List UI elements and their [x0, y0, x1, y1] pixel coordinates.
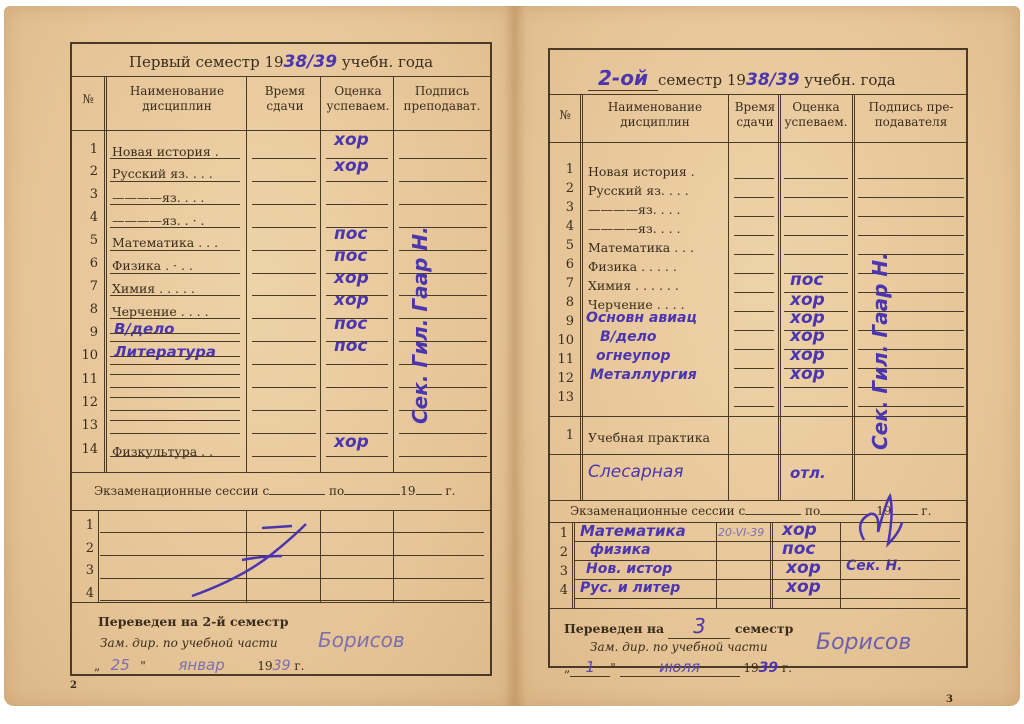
text-field: ————яз. . . . — [588, 221, 681, 236]
text-field: хор — [790, 290, 825, 310]
text-field: хор — [782, 520, 817, 540]
text-field: хор — [790, 345, 825, 365]
header-signature: Подпись преподават. — [394, 84, 490, 114]
text-field: семестр — [735, 621, 793, 636]
text-field: 1 — [552, 162, 574, 177]
text-field: 25 — [100, 656, 140, 675]
text-field: 1 — [552, 428, 574, 443]
text-field: 38/39 — [746, 70, 800, 90]
grade-value: хор — [334, 130, 369, 150]
text-field: огнеупор — [596, 348, 671, 364]
text-field: 10 — [76, 348, 98, 363]
text-field: хор — [786, 558, 821, 578]
text-field: 1 — [72, 518, 94, 533]
text-field: 8 — [76, 302, 98, 317]
grade-value: пос — [334, 336, 368, 356]
text-field: пос — [782, 539, 816, 559]
right-semester-title: 2-ойсеместр 1938/39 учебн. года — [588, 66, 966, 91]
text-field: 19 — [743, 661, 758, 675]
right-transfer-date: „1" июля 1939 г. — [564, 658, 792, 677]
text-field: Основн авиац — [586, 310, 697, 326]
text-field: г. — [294, 659, 304, 673]
exam-initials-scribble — [850, 492, 910, 552]
text-field: ————яз. . . . — [588, 202, 681, 217]
text-field: 12 — [76, 395, 98, 410]
left-transfer-date: „25" январ 1939 г. — [94, 656, 304, 675]
text-field: хор — [790, 364, 825, 384]
text-field: семестр 19 — [658, 71, 746, 89]
text-field: хор — [786, 577, 821, 597]
practice-grade: отл. — [790, 464, 826, 482]
text-field: Металлургия — [590, 367, 697, 383]
text-field: 7 — [552, 276, 574, 291]
right-grade-table: 2-ойсеместр 1938/39 учебн. года № Наимен… — [548, 48, 968, 668]
text-field: по — [805, 504, 820, 518]
subject-name-handwritten: В/дело — [114, 320, 175, 338]
grade-value: пос — [334, 314, 368, 334]
left-semester-title: Первый семестр 1938/39 учебн. года — [72, 52, 490, 72]
text-field: июля — [620, 658, 740, 677]
left-page: Первый семестр 1938/39 учебн. года № Наи… — [4, 6, 514, 706]
header-subject: Наименование дисциплин — [586, 100, 724, 130]
text-field: г. — [921, 504, 931, 518]
text-field: 2 — [546, 545, 568, 560]
subject-name: ————яз. . . . — [112, 190, 205, 205]
text-field: Экзаменационные сессии с — [94, 484, 269, 498]
text-field: 6 — [76, 256, 98, 271]
cross-out-stroke — [182, 518, 322, 602]
text-field: 2 — [72, 541, 94, 556]
text-field: 20-VI-39 — [718, 526, 764, 539]
header-time: Время сдачи — [250, 84, 320, 114]
book-gutter — [504, 6, 526, 706]
text-field: Экзаменационные сессии с — [570, 504, 745, 518]
left-exam-sessions-label: Экзаменационные сессии с по19 г. — [94, 484, 455, 498]
right-page: 2-ойсеместр 1938/39 учебн. года № Наимен… — [514, 6, 1020, 706]
right-deputy-label: Зам. дир. по учебной части — [590, 640, 768, 654]
text-field: 6 — [552, 257, 574, 272]
grade-value: хор — [334, 156, 369, 176]
text-field: Рус. и литер — [580, 580, 680, 596]
text-field: 9 — [76, 325, 98, 340]
text-field: 1 — [76, 142, 98, 157]
text-field: Математика . . . — [588, 240, 694, 255]
right-deputy-signature: Борисов — [816, 630, 911, 655]
text-field: 2 — [552, 181, 574, 196]
right-page-number: 3 — [946, 694, 953, 705]
text-field: учебн. года — [804, 71, 895, 89]
subject-name: Физкультура . . — [112, 444, 213, 459]
text-field: 10 — [552, 333, 574, 348]
subject-name: Черчение . . . . — [112, 304, 209, 319]
header-grade: Оценка успеваем. — [780, 100, 852, 130]
teacher-signature: Сек. Гил. Гаар Н. — [868, 252, 892, 450]
left-deputy-label: Зам. дир. по учебной части — [100, 636, 278, 650]
text-field: 11 — [76, 372, 98, 387]
text-field: 8 — [552, 295, 574, 310]
text-field: 3 — [668, 614, 730, 639]
text-field: 4 — [546, 583, 568, 598]
text-field: по — [329, 484, 344, 498]
grade-value: хор — [334, 268, 369, 288]
text-field: Физика . . . . . — [588, 259, 677, 274]
text-field: 11 — [552, 352, 574, 367]
left-transfer-label: Переведен на 2-й семестр — [98, 614, 288, 629]
text-field: 5 — [552, 238, 574, 253]
text-field: 39 — [759, 660, 778, 676]
header-time: Время сдачи — [730, 100, 780, 130]
left-semester-year: 38/39 — [284, 52, 338, 72]
text-field: г. — [445, 484, 455, 498]
text-field: 9 — [552, 314, 574, 329]
practice-entry: Слесарная — [588, 462, 684, 482]
text-field: январ — [150, 656, 254, 675]
header-num: № — [74, 92, 102, 107]
left-page-number: 2 — [70, 680, 77, 691]
subject-name: Русский яз. . . . — [112, 166, 213, 181]
text-field: 3 — [546, 564, 568, 579]
text-field: Первый семестр 19 — [129, 53, 284, 71]
text-field: Нов. истор — [586, 561, 672, 577]
text-field: г. — [782, 661, 792, 675]
left-deputy-signature: Борисов — [318, 628, 405, 652]
text-field: 19 — [257, 659, 272, 673]
text-field: 4 — [76, 210, 98, 225]
text-field: хор — [790, 326, 825, 346]
practice-label: Учебная практика — [588, 430, 710, 445]
header-subject: Наименование дисциплин — [112, 84, 242, 114]
left-grade-table: Первый семестр 1938/39 учебн. года № Наи… — [70, 42, 492, 676]
text-field: 7 — [76, 279, 98, 294]
text-field: Переведен на — [564, 621, 664, 636]
record-book-spread: Первый семестр 1938/39 учебн. года № Наи… — [4, 6, 1020, 718]
text-field: 13 — [552, 390, 574, 405]
text-field: 3 — [552, 200, 574, 215]
text-field: 1 — [546, 526, 568, 541]
text-field: учебн. года — [342, 53, 433, 71]
grade-value: хор — [334, 432, 369, 452]
text-field: 4 — [72, 586, 94, 601]
text-field: 1 — [570, 658, 610, 677]
subject-name: Химия . . . . . — [112, 281, 195, 296]
header-num: № — [552, 108, 578, 123]
text-field: 19 — [400, 484, 415, 498]
text-field: 5 — [76, 233, 98, 248]
subject-name: Математика . . . — [112, 235, 218, 250]
text-field: Русский яз. . . . — [588, 183, 689, 198]
subject-name: Новая история . — [112, 144, 219, 159]
text-field: 14 — [76, 442, 98, 457]
text-field: 13 — [76, 418, 98, 433]
text-field: 39 — [273, 658, 291, 674]
text-field: физика — [590, 542, 651, 558]
subject-name: Физика . · . . — [112, 258, 193, 273]
grade-value: хор — [334, 290, 369, 310]
right-transfer-label: Переведен на 3 семестр — [564, 614, 793, 639]
text-field: 3 — [76, 187, 98, 202]
header-grade: Оценка успеваем. — [322, 84, 394, 114]
text-field: В/дело — [600, 329, 656, 345]
header-signature: Подпись пре-подавателя — [856, 100, 966, 130]
text-field: 3 — [72, 563, 94, 578]
text-field: Химия . . . . . . — [588, 278, 679, 293]
text-field: Математика — [580, 522, 686, 540]
text-field: 4 — [552, 219, 574, 234]
text-field: 2 — [76, 164, 98, 179]
text-field: 12 — [552, 371, 574, 386]
text-field: 2-ой — [588, 66, 658, 91]
subject-name-handwritten: Литература — [114, 343, 216, 361]
text-field: Новая история . — [588, 164, 695, 179]
teacher-signature: Сек. Гил. Гаар Н. — [408, 226, 432, 424]
